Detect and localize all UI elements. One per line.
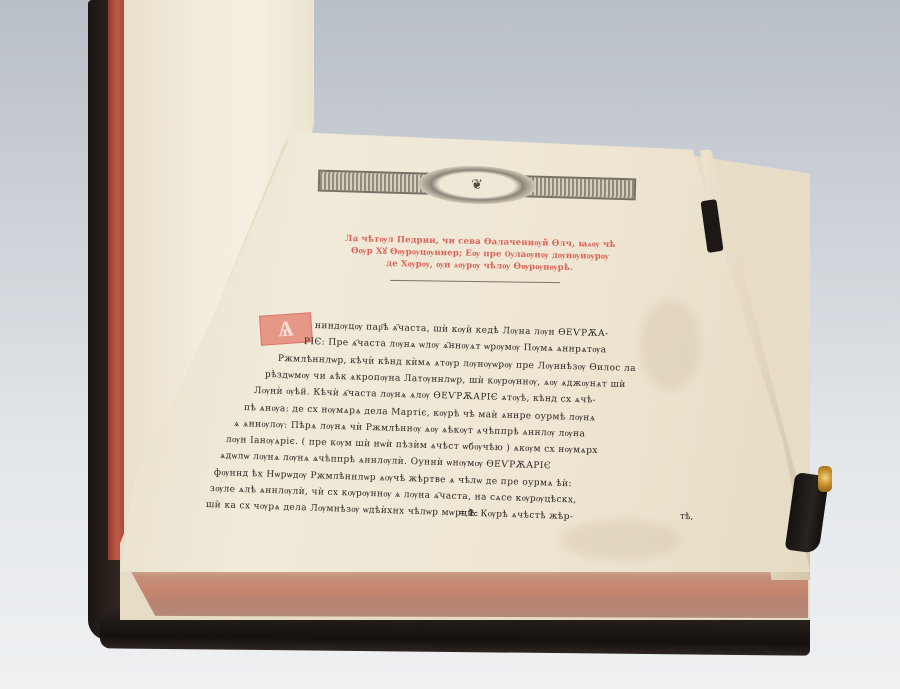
brass-clasp-icon <box>818 466 832 492</box>
medallion-ornament-icon: ❦ <box>471 177 483 193</box>
red-rubric-heading: Ла чѣтѹл Педрии, чи ceвa Ѳалаченнѹй Ѳлч,… <box>320 232 641 275</box>
catchword: тѣ, <box>680 512 694 522</box>
signature-mark: = Ѣ: <box>458 509 478 519</box>
red-page-edge-left <box>108 0 126 560</box>
page-stain <box>560 520 680 560</box>
red-stained-fore-edge <box>128 566 808 618</box>
photo-scene: ❦ Ла чѣтѹл Педрии, чи ceвa Ѳалаченнѹй Ѳл… <box>0 0 900 689</box>
page-stain <box>640 300 700 390</box>
headpiece-medallion: ❦ <box>417 164 536 205</box>
